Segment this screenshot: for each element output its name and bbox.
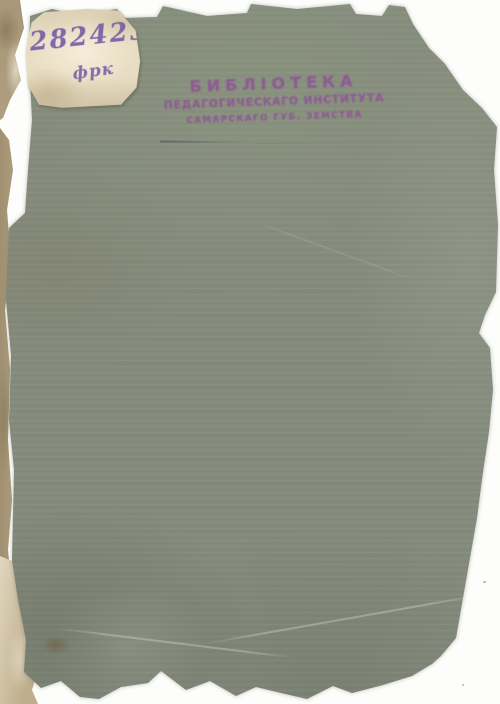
pencil-mark-tail <box>252 143 420 144</box>
pencil-mark <box>160 141 252 144</box>
label-paper: 282423 фрк <box>24 7 141 109</box>
crease-line <box>255 221 415 281</box>
library-stamp: БИБЛІОТЕКА ПЕДАГОГИЧЕСКАГО ИНСТИТУТА САМ… <box>157 70 391 127</box>
label-inscription: фрк <box>71 59 115 85</box>
crease-line <box>56 627 294 658</box>
call-number-label: 282423 фрк <box>24 7 141 109</box>
dust-speck <box>483 581 486 583</box>
book-cover-scan: БИБЛІОТЕКА ПЕДАГОГИЧЕСКАГО ИНСТИТУТА САМ… <box>0 0 500 704</box>
call-number: 282423 <box>28 16 139 57</box>
stamp-line-3: САМАРСКАГО ГУБ. ЗЕМСТВА <box>159 109 391 127</box>
crease-line <box>413 0 500 86</box>
crease-line <box>202 593 488 645</box>
dust-speck <box>462 684 464 686</box>
